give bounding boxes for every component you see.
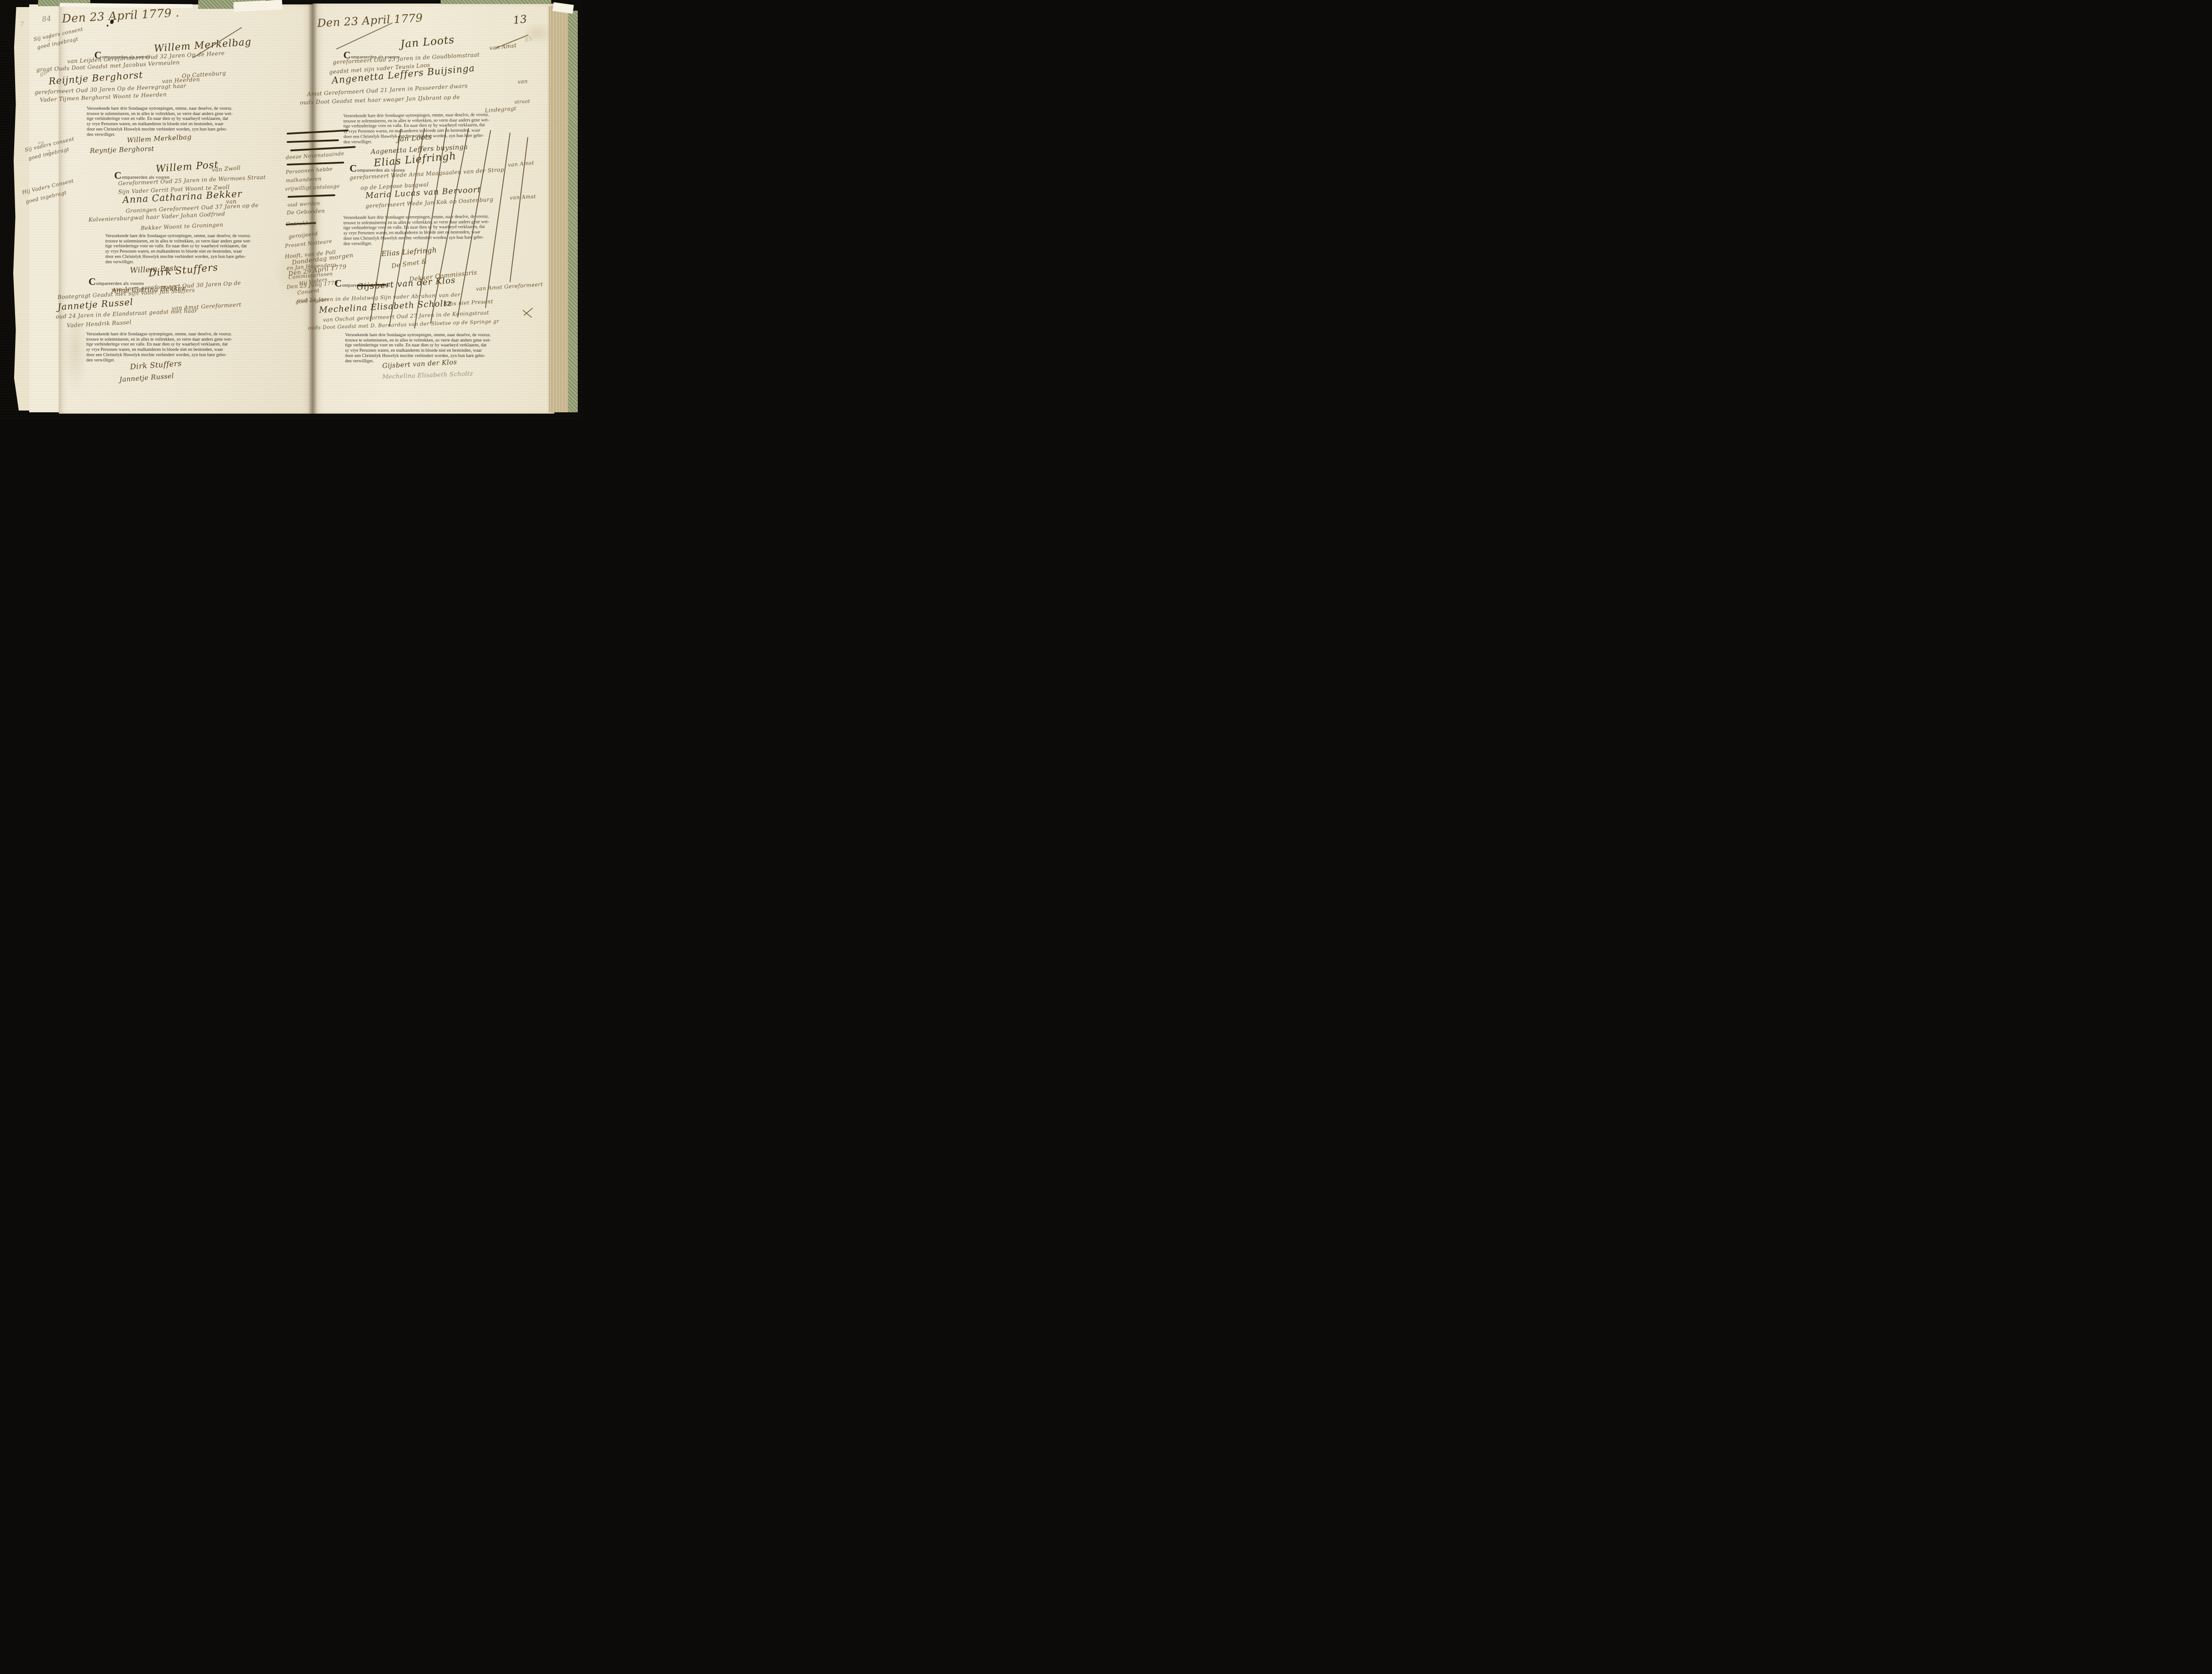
printed-consent-block: Versoekende hare drie Sondaagse uytroepi… (105, 234, 259, 265)
cloth-binding-right (568, 11, 578, 412)
fore-edge-page-block (549, 6, 569, 412)
printed-consent-block: Versoekende hare drie Sondaagse uytroepi… (345, 333, 499, 364)
printed-consent-block: Versoekende hare drie Sondaagse uytroepi… (86, 332, 240, 363)
edge-fragment: 7 (20, 21, 24, 28)
register-scan: 84 Den 23 April 1779 . 7 1 ge en 2 Sij v… (0, 0, 582, 418)
pencil-folio-number: 84 (42, 14, 52, 23)
printed-consent-block: Versoekende hare drie Sondaagse uytroepi… (87, 106, 241, 137)
bride-origin: van (518, 78, 528, 85)
cloth-binding-top-right (441, 0, 551, 4)
ink-folio-number: 13 (513, 13, 528, 27)
entry-line: straat (515, 98, 530, 105)
